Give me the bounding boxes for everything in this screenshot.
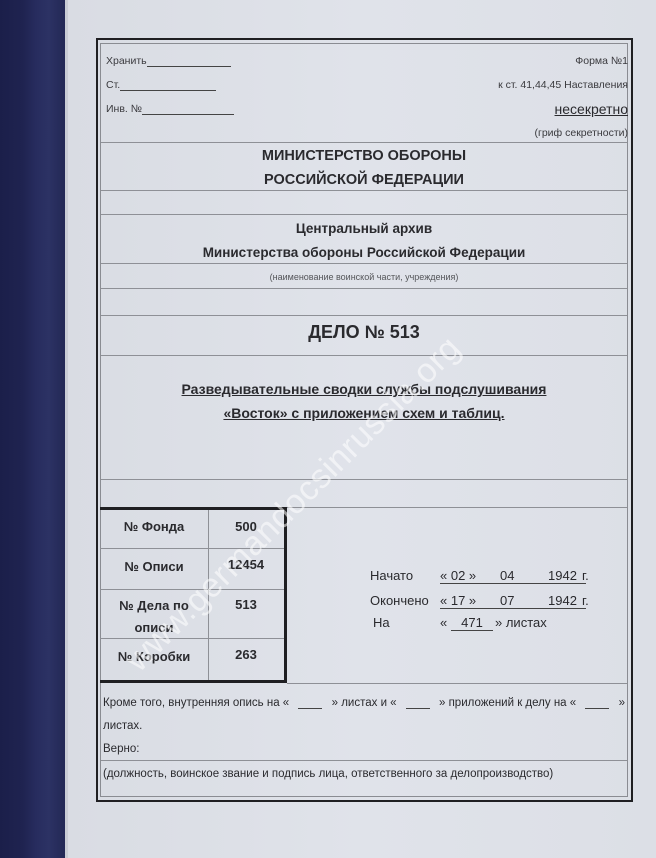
divider <box>287 683 627 684</box>
sheets-count: 471 <box>451 615 493 631</box>
table-row: № Описи 12454 <box>100 549 284 590</box>
classification: несекретно <box>555 101 628 117</box>
folder-spine <box>0 0 65 858</box>
inventory-blank <box>142 114 234 115</box>
started-month: 04 <box>500 568 514 583</box>
fond-value: 500 <box>208 519 284 534</box>
divider <box>101 288 627 289</box>
form-number: Форма №1 <box>575 55 628 67</box>
box-value: 263 <box>208 647 284 662</box>
started-date: « 02 » 04 1942 <box>440 568 586 584</box>
delo-label-line2: описи <box>100 620 208 635</box>
registry-table: № Фонда 500 № Описи 12454 № Дела по опис… <box>100 507 287 683</box>
inventory-note-part3: » приложений к делу на « <box>439 697 576 709</box>
inventory-note-part2: » листах и « <box>332 697 397 709</box>
ended-date: « 17 » 07 1942 <box>440 593 586 609</box>
opis-value: 12454 <box>208 557 284 572</box>
ended-day: « 17 » <box>440 593 476 608</box>
inventory-note-line2: листах. <box>103 720 142 732</box>
divider <box>101 760 627 761</box>
table-row: № Дела по описи 513 <box>100 590 284 639</box>
fond-label: № Фонда <box>100 519 208 534</box>
delo-label-line1: № Дела по <box>100 598 208 613</box>
inventory-sheets-blank <box>298 697 322 709</box>
inventory-label: Инв. № <box>106 103 142 115</box>
certified-label: Верно: <box>103 743 139 755</box>
article-field: Ст. <box>106 79 216 91</box>
sheets-suffix: » листах <box>495 615 547 630</box>
ended-year-suffix: г. <box>582 593 589 608</box>
started-year-suffix: г. <box>582 568 589 583</box>
form-reference: к ст. 41,44,45 Наставления <box>498 79 628 91</box>
started-label: Начато <box>370 568 413 583</box>
ended-month: 07 <box>500 593 514 608</box>
attachments-sheets-blank <box>585 697 609 709</box>
ministry-line1: МИНИСТЕРСТВО ОБОРОНЫ <box>100 148 628 164</box>
case-title: ДЕЛО № 513 <box>100 322 628 343</box>
started-year: 1942 <box>548 568 577 583</box>
signature-caption: (должность, воинское звание и подпись ли… <box>103 768 553 780</box>
table-row: № Коробки 263 <box>100 639 284 680</box>
box-label: № Коробки <box>100 649 208 664</box>
case-description-line1: Разведывательные сводки службы подслушив… <box>100 381 628 397</box>
storage-field: Хранить <box>106 55 231 67</box>
storage-label: Хранить <box>106 55 147 67</box>
institution-caption: (наименование воинской части, учреждения… <box>100 272 628 282</box>
divider <box>101 263 627 264</box>
divider <box>101 142 627 143</box>
divider <box>101 315 627 316</box>
divider <box>101 355 627 356</box>
institution-line2: Министерства обороны Российской Федераци… <box>100 245 628 260</box>
attachments-blank <box>406 697 430 709</box>
delo-value: 513 <box>208 597 284 612</box>
inventory-note-part4: » <box>619 697 625 709</box>
inventory-field: Инв. № <box>106 103 234 115</box>
institution-line1: Центральный архив <box>100 221 628 236</box>
article-blank <box>120 90 216 91</box>
ended-year: 1942 <box>548 593 577 608</box>
sheets-open-quote: « <box>440 615 447 630</box>
case-description-line2: «Восток» с приложением схем и таблиц. <box>100 405 628 421</box>
divider <box>101 190 627 191</box>
storage-blank <box>147 66 231 67</box>
sheets-label: На <box>373 615 390 630</box>
ended-label: Окончено <box>370 593 429 608</box>
divider <box>101 479 627 480</box>
inventory-note: Кроме того, внутренняя опись на «» листа… <box>103 697 625 709</box>
started-day: « 02 » <box>440 568 476 583</box>
table-row: № Фонда 500 <box>100 510 284 549</box>
divider <box>101 214 627 215</box>
ministry-line2: РОССИЙСКОЙ ФЕДЕРАЦИИ <box>100 172 628 188</box>
inventory-note-part1: Кроме того, внутренняя опись на « <box>103 697 289 709</box>
article-label: Ст. <box>106 79 120 91</box>
classification-caption: (гриф секретности) <box>535 127 628 139</box>
opis-label: № Описи <box>100 559 208 574</box>
